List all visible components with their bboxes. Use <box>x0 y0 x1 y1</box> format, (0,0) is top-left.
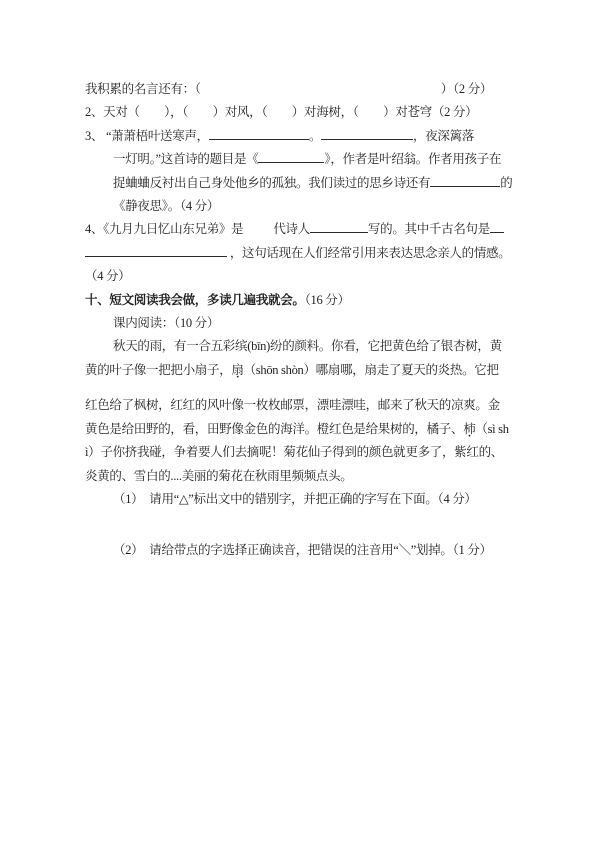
text-segment: 。 <box>309 129 321 143</box>
text-segment: （2） 请给带点的字选择正确读音，把错误的注音用“＼”划掉。（1 分） <box>113 543 492 557</box>
text-segment: 一灯明。”这首诗的题目是《 <box>113 152 258 166</box>
sub-question-2: （2） 请给带点的字选择正确读音，把错误的注音用“＼”划掉。（1 分） <box>85 539 521 562</box>
text-segment: 黄的叶子像一把把小扇子， <box>85 363 231 377</box>
question-4-line-2: ，这句话现在人们经常引用来表达思念亲人的情感。 <box>85 242 521 265</box>
text-segment: ）（2 分） <box>441 82 492 96</box>
text-segment: 炎黄的、雪白的....美丽的菊花在秋雨里频频点头。 <box>85 469 353 483</box>
answer-blank <box>85 244 227 257</box>
text-segment: 红色给了枫树，红红的风叶像一枚枚邮票，漂哇漂哇，邮来了秋天的凉爽。金 <box>85 398 500 412</box>
text-segment: 4、《九月九日忆山东兄弟》是 <box>85 222 243 236</box>
answer-blank <box>430 174 500 187</box>
text-segment: 黄色是给田野的，看，田野像金色的海洋。橙红色是给果树的，橘子、 <box>85 422 463 436</box>
text-segment: ，这句话现在人们经常引用来表达思念亲人的情感。 <box>227 246 510 260</box>
passage-line-5: ì）子你挤我碰，争着要人们去摘呢！菊花仙子得到的颜色就更多了，紫红的、 <box>85 441 521 464</box>
text-segment: 代诗人 <box>273 222 310 236</box>
answer-blank <box>490 220 504 233</box>
text-segment: 秋天的雨，有一合五彩缤(bīn)纷的颜料。你看，它把黄色给了银杏树，黄 <box>113 339 502 353</box>
question-2-couplets: 2、天对（ ），（ ）对风，（ ）对海树，（ ）对苍穹（2 分） <box>85 101 521 124</box>
passage-line-6: 炎黄的、雪白的....美丽的菊花在秋雨里频频点头。 <box>85 465 521 488</box>
dotted-char: 柿 <box>463 418 475 441</box>
question-4-line-1: 4、《九月九日忆山东兄弟》是代诗人写的。其中千古名句是 <box>85 218 521 241</box>
text-segment: 捉蛐蛐反衬出自己身处他乡的孤独。我们读过的思乡诗还有 <box>113 176 430 190</box>
question-3-poem-line-1: 3、 “萧萧梧叶送寒声，。，夜深篱落 <box>85 125 521 148</box>
answer-blank <box>209 127 309 140</box>
text-segment: 2、天对（ ），（ ）对风，（ ）对海树，（ ）对苍穹（2 分） <box>85 105 477 119</box>
section-10-heading: 十、短文阅读我会做，多读几遍我就会。（16 分） <box>85 289 521 312</box>
dotted-char: 扇 <box>231 359 243 382</box>
text-segment: 《静夜思》。（4 分） <box>113 199 219 213</box>
answer-blank <box>321 127 413 140</box>
question-famous-quotes: 我积累的名言还有：（）（2 分） <box>85 78 521 101</box>
text-segment: ì）子你挤我碰，争着要人们去摘呢！菊花仙子得到的颜色就更多了，紫红的、 <box>85 445 503 459</box>
text-segment: 的 <box>500 176 512 190</box>
question-4-score: （4 分） <box>85 265 521 288</box>
sub-question-1: （1） 请用“△”标出文中的错别字，并把正确的字写在下面。（4 分） <box>85 488 521 511</box>
text-segment: 3、 “萧萧梧叶送寒声， <box>85 129 209 143</box>
question-3-poem-line-3: 捉蛐蛐反衬出自己身处他乡的孤独。我们读过的思乡诗还有的 <box>85 172 521 195</box>
passage-line-3: 红色给了枫树，红红的风叶像一枚枚邮票，漂哇漂哇，邮来了秋天的凉爽。金 <box>85 394 521 417</box>
text-segment: 》，作者是叶绍翁。作者用孩子在 <box>324 152 501 166</box>
text-segment: （1） 请用“△”标出文中的错别字，并把正确的字写在下面。（4 分） <box>113 492 477 506</box>
text-segment: ，夜深篱落 <box>413 129 474 143</box>
passage-line-1: 秋天的雨，有一合五彩缤(bīn)纷的颜料。你看，它把黄色给了银杏树，黄 <box>85 335 521 358</box>
document-body: 我积累的名言还有：（）（2 分）2、天对（ ），（ ）对风，（ ）对海树，（ ）… <box>85 78 521 563</box>
text-segment: 写的。其中千古名句是 <box>368 222 490 236</box>
question-3-poem-line-4: 《静夜思》。（4 分） <box>85 195 521 218</box>
answer-blank <box>310 220 368 233</box>
text-segment: 十、短文阅读我会做，多读几遍我就会。 <box>85 293 305 307</box>
text-segment: （shōn shòn）哪扇哪，扇走了夏天的炎热。它把 <box>244 363 499 377</box>
passage-line-2: 黄的叶子像一把把小扇子，扇（shōn shòn）哪扇哪，扇走了夏天的炎热。它把 <box>85 359 521 382</box>
text-segment: （4 分） <box>85 269 130 283</box>
reading-subtitle: 课内阅读：（10 分） <box>85 312 521 335</box>
exam-page: 我积累的名言还有：（）（2 分）2、天对（ ），（ ）对风，（ ）对海树，（ ）… <box>0 0 596 842</box>
question-3-poem-line-2: 一灯明。”这首诗的题目是《》，作者是叶绍翁。作者用孩子在 <box>85 148 521 171</box>
passage-line-4: 黄色是给田野的，看，田野像金色的海洋。橙红色是给果树的，橘子、柿（sì sh <box>85 418 521 441</box>
answer-gap <box>243 221 273 233</box>
text-segment: （sì sh <box>475 422 508 436</box>
answer-gap <box>201 81 441 93</box>
text-segment: 课内阅读：（10 分） <box>113 316 219 330</box>
text-segment: （16 分） <box>305 293 350 307</box>
text-segment: 我积累的名言还有：（ <box>85 82 201 96</box>
answer-blank <box>258 150 324 163</box>
